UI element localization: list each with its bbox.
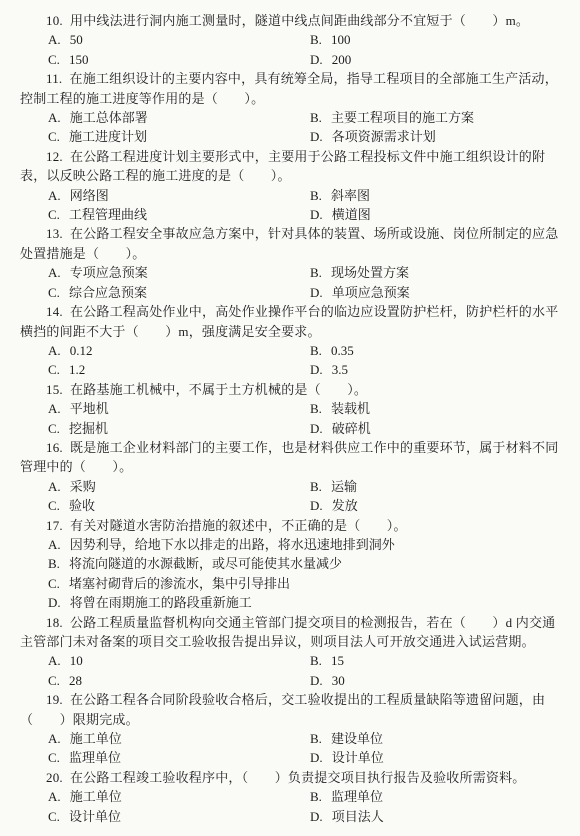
option-text: 0.12 (70, 343, 93, 358)
option-label: A. (48, 32, 61, 47)
option-a: A.施工单位 (48, 787, 310, 806)
option-text: 工程管理曲线 (69, 207, 147, 222)
question-number: 12. (46, 149, 63, 164)
question-stem: 18.公路工程质量监督机构向交通主管部门提交项目的检测报告，若在（ ）d 内交通… (20, 613, 562, 652)
option-text: 破碎机 (332, 421, 371, 436)
option-label: C. (48, 421, 60, 436)
option-c: C.150 (48, 50, 310, 69)
question-block: 19.在公路工程各合同阶段验收合格后，交工验收提出的工程质量缺陷等遗留问题，由（… (20, 690, 562, 768)
option-label: C. (48, 809, 60, 824)
option-d: D.200 (310, 50, 562, 69)
option-b: B.主要工程项目的施工方案 (310, 108, 562, 127)
option-label: C. (48, 129, 60, 144)
option-label: B. (310, 789, 322, 804)
option-a: A.采购 (48, 477, 310, 496)
option-b: B.监理单位 (310, 787, 562, 806)
option-label: A. (48, 537, 61, 552)
question-number: 19. (46, 692, 63, 707)
option-b: B.100 (310, 30, 562, 49)
option-b: B.现场处置方案 (310, 263, 562, 282)
option-label: D. (310, 673, 323, 688)
exam-sheet: 10.用中线法进行洞内施工测量时，隧道中线点间距曲线部分不宜短于（ ）m。A.5… (20, 11, 562, 828)
question-list: 10.用中线法进行洞内施工测量时，隧道中线点间距曲线部分不宜短于（ ）m。A.5… (20, 11, 562, 826)
option-label: A. (48, 110, 61, 125)
option-a: A.施工单位 (48, 729, 310, 748)
option-text: 主要工程项目的施工方案 (331, 110, 474, 125)
option-text: 挖掘机 (69, 421, 108, 436)
options-group: A.施工单位B.建设单位C.监理单位D.设计单位 (20, 729, 562, 768)
option-label: B. (48, 556, 60, 571)
question-block: 17.有关对隧道水害防治措施的叙述中，不正确的是（ ）。A.因势利导，给地下水以… (20, 516, 562, 613)
option-label: D. (310, 362, 323, 377)
option-d: D.30 (310, 671, 562, 690)
option-text: 综合应急预案 (69, 285, 147, 300)
question-number: 13. (46, 226, 63, 241)
option-d: D.发放 (310, 496, 562, 515)
option-label: C. (48, 498, 60, 513)
question-stem: 12.在公路工程进度计划主要形式中，主要用于公路工程投标文件中施工组织设计的附表… (20, 147, 562, 186)
option-label: D. (310, 809, 323, 824)
options-group: A.网络图B.斜率图C.工程管理曲线D.横道图 (20, 186, 562, 225)
option-label: D. (310, 498, 323, 513)
option-a: A.施工总体部署 (48, 108, 310, 127)
question-stem: 15.在路基施工机械中，不属于土方机械的是（ ）。 (20, 380, 562, 399)
option-label: C. (48, 52, 60, 67)
option-b: B.15 (310, 651, 562, 670)
option-text: 将曾在雨期施工的路段重新施工 (70, 595, 252, 610)
option-text: 28 (69, 673, 82, 688)
option-label: B. (310, 479, 322, 494)
option-label: A. (48, 188, 61, 203)
option-text: 施工单位 (70, 789, 122, 804)
option-a: A.因势利导，给地下水以排走的出路，将水迅速地排到洞外 (48, 535, 562, 554)
option-text: 堵塞衬砌背后的渗流水，集中引导排出 (69, 576, 290, 591)
question-block: 18.公路工程质量监督机构向交通主管部门提交项目的检测报告，若在（ ）d 内交通… (20, 613, 562, 691)
options-group: A.采购B.运输C.验收D.发放 (20, 477, 562, 516)
option-text: 100 (331, 32, 351, 47)
option-c: C.堵塞衬砌背后的渗流水，集中引导排出 (48, 574, 562, 593)
option-label: C. (48, 750, 60, 765)
question-number: 16. (46, 440, 63, 455)
option-label: B. (310, 32, 322, 47)
question-block: 15.在路基施工机械中，不属于土方机械的是（ ）。A.平地机B.装载机C.挖掘机… (20, 380, 562, 438)
option-text: 施工总体部署 (70, 110, 148, 125)
option-d: D.设计单位 (310, 748, 562, 767)
option-label: C. (48, 576, 60, 591)
option-text: 装载机 (331, 401, 370, 416)
option-text: 150 (69, 52, 89, 67)
option-text: 平地机 (70, 401, 109, 416)
option-b: B.运输 (310, 477, 562, 496)
question-number: 11. (46, 71, 62, 86)
option-c: C.综合应急预案 (48, 283, 310, 302)
option-label: D. (310, 285, 323, 300)
option-b: B.装载机 (310, 399, 562, 418)
options-group: A.专项应急预案B.现场处置方案C.综合应急预案D.单项应急预案 (20, 263, 562, 302)
option-text: 1.2 (69, 362, 85, 377)
options-group: A.施工单位B.监理单位C.设计单位D.项目法人 (20, 787, 562, 826)
question-stem: 19.在公路工程各合同阶段验收合格后，交工验收提出的工程质量缺陷等遗留问题，由（… (20, 690, 562, 729)
option-text: 验收 (69, 498, 95, 513)
option-label: A. (48, 401, 61, 416)
option-text: 施工单位 (70, 731, 122, 746)
option-b: B.斜率图 (310, 186, 562, 205)
question-stem: 11.在施工组织设计的主要内容中，具有统筹全局，指导工程项目的全部施工生产活动，… (20, 69, 562, 108)
option-text: 运输 (331, 479, 357, 494)
option-text: 专项应急预案 (70, 265, 148, 280)
option-text: 采购 (70, 479, 96, 494)
option-text: 监理单位 (69, 750, 121, 765)
option-label: D. (310, 207, 323, 222)
option-c: C.验收 (48, 496, 310, 515)
option-label: D. (310, 421, 323, 436)
options-group: A.0.12B.0.35C.1.2D.3.5 (20, 341, 562, 380)
option-c: C.监理单位 (48, 748, 310, 767)
option-text: 斜率图 (331, 188, 370, 203)
question-stem: 10.用中线法进行洞内施工测量时，隧道中线点间距曲线部分不宜短于（ ）m。 (20, 11, 562, 30)
option-label: A. (48, 479, 61, 494)
option-label: C. (48, 285, 60, 300)
options-group: A.10B.15C.28D.30 (20, 651, 562, 690)
options-group: A.施工总体部署B.主要工程项目的施工方案C.施工进度计划D.各项资源需求计划 (20, 108, 562, 147)
question-block: 16.既是施工企业材料部门的主要工作，也是材料供应工作中的重要环节，属于材料不同… (20, 438, 562, 516)
option-label: B. (310, 343, 322, 358)
options-group: A.平地机B.装载机C.挖掘机D.破碎机 (20, 399, 562, 438)
option-text: 发放 (332, 498, 358, 513)
option-c: C.工程管理曲线 (48, 205, 310, 224)
question-block: 11.在施工组织设计的主要内容中，具有统筹全局，指导工程项目的全部施工生产活动，… (20, 69, 562, 147)
option-text: 将流向隧道的水源截断，或尽可能使其水量减少 (69, 556, 342, 571)
question-block: 10.用中线法进行洞内施工测量时，隧道中线点间距曲线部分不宜短于（ ）m。A.5… (20, 11, 562, 69)
option-c: C.设计单位 (48, 807, 310, 826)
option-c: C.挖掘机 (48, 419, 310, 438)
option-text: 3.5 (332, 362, 348, 377)
option-label: C. (48, 362, 60, 377)
option-d: D.3.5 (310, 360, 562, 379)
option-label: A. (48, 343, 61, 358)
option-label: A. (48, 653, 61, 668)
option-a: A.平地机 (48, 399, 310, 418)
option-a: A.网络图 (48, 186, 310, 205)
option-d: D.单项应急预案 (310, 283, 562, 302)
options-group: A.50B.100C.150D.200 (20, 30, 562, 69)
option-text: 0.35 (331, 343, 354, 358)
question-stem: 16.既是施工企业材料部门的主要工作，也是材料供应工作中的重要环节，属于材料不同… (20, 438, 562, 477)
option-label: C. (48, 207, 60, 222)
question-block: 20.在公路工程竣工验收程序中，（ ）负责提交项目执行报告及验收所需资料。A.施… (20, 768, 562, 826)
option-text: 30 (332, 673, 345, 688)
option-c: C.28 (48, 671, 310, 690)
option-a: A.10 (48, 651, 310, 670)
question-block: 12.在公路工程进度计划主要形式中，主要用于公路工程投标文件中施工组织设计的附表… (20, 147, 562, 225)
option-text: 因势利导，给地下水以排走的出路，将水迅速地排到洞外 (70, 537, 395, 552)
option-label: B. (310, 401, 322, 416)
option-c: C.施工进度计划 (48, 127, 310, 146)
option-b: B.0.35 (310, 341, 562, 360)
option-d: D.破碎机 (310, 419, 562, 438)
option-label: A. (48, 731, 61, 746)
question-stem: 20.在公路工程竣工验收程序中，（ ）负责提交项目执行报告及验收所需资料。 (20, 768, 562, 787)
question-stem: 13.在公路工程安全事故应急方案中，针对具体的装置、场所或设施、岗位所制定的应急… (20, 224, 562, 263)
options-group: A.因势利导，给地下水以排走的出路，将水迅速地排到洞外B.将流向隧道的水源截断，… (20, 535, 562, 613)
question-number: 10. (46, 13, 63, 28)
option-label: D. (48, 595, 61, 610)
option-d: D.各项资源需求计划 (310, 127, 562, 146)
option-text: 设计单位 (69, 809, 121, 824)
option-text: 设计单位 (332, 750, 384, 765)
option-text: 15 (331, 653, 344, 668)
option-d: D.项目法人 (310, 807, 562, 826)
option-label: B. (310, 110, 322, 125)
option-text: 网络图 (70, 188, 109, 203)
option-label: B. (310, 188, 322, 203)
question-number: 20. (46, 770, 63, 785)
question-number: 17. (46, 518, 63, 533)
option-text: 建设单位 (331, 731, 383, 746)
option-label: C. (48, 673, 60, 688)
option-text: 单项应急预案 (332, 285, 410, 300)
option-text: 50 (70, 32, 83, 47)
option-b: B.将流向隧道的水源截断，或尽可能使其水量减少 (48, 554, 562, 573)
option-label: D. (310, 750, 323, 765)
option-text: 监理单位 (331, 789, 383, 804)
question-number: 14. (46, 304, 63, 319)
question-block: 13.在公路工程安全事故应急方案中，针对具体的装置、场所或设施、岗位所制定的应急… (20, 224, 562, 302)
option-a: A.专项应急预案 (48, 263, 310, 282)
option-label: A. (48, 789, 61, 804)
question-block: 14.在公路工程高处作业中，高处作业操作平台的临边应设置防护栏杆，防护栏杆的水平… (20, 302, 562, 380)
option-label: D. (310, 129, 323, 144)
question-stem: 17.有关对隧道水害防治措施的叙述中，不正确的是（ ）。 (20, 516, 562, 535)
option-label: B. (310, 653, 322, 668)
option-text: 横道图 (332, 207, 371, 222)
option-b: B.建设单位 (310, 729, 562, 748)
option-text: 200 (332, 52, 352, 67)
option-c: C.1.2 (48, 360, 310, 379)
question-stem: 14.在公路工程高处作业中，高处作业操作平台的临边应设置防护栏杆，防护栏杆的水平… (20, 302, 562, 341)
option-text: 项目法人 (332, 809, 384, 824)
option-a: A.0.12 (48, 341, 310, 360)
question-number: 15. (46, 382, 63, 397)
question-number: 18. (46, 615, 63, 630)
option-label: B. (310, 265, 322, 280)
option-label: A. (48, 265, 61, 280)
option-text: 各项资源需求计划 (332, 129, 436, 144)
option-text: 施工进度计划 (69, 129, 147, 144)
option-d: D.横道图 (310, 205, 562, 224)
option-a: A.50 (48, 30, 310, 49)
option-label: D. (310, 52, 323, 67)
option-text: 10 (70, 653, 83, 668)
option-d: D.将曾在雨期施工的路段重新施工 (48, 593, 562, 612)
option-text: 现场处置方案 (331, 265, 409, 280)
option-label: B. (310, 731, 322, 746)
